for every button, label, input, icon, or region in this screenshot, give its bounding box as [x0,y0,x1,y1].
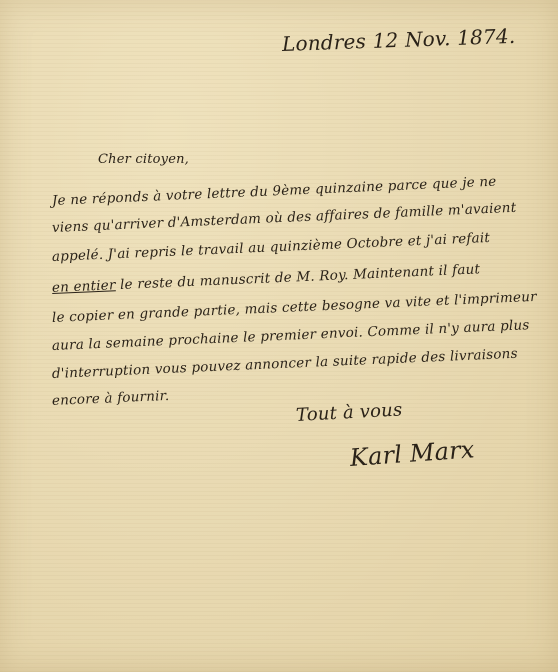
dateline: Londres 12 Nov. 1874. [282,24,516,56]
underlined-phrase: en entier [52,277,116,296]
letter-page: Londres 12 Nov. 1874. Cher citoyen, Je n… [0,0,558,672]
closing: Tout à vous [295,399,402,426]
signature: Karl Marx [349,435,475,472]
body-line: appelé. J'ai repris le travail au quinzi… [52,230,491,265]
body-line: encore à fournir. [52,388,170,409]
body-line: en entier le reste du manuscrit de M. Ro… [52,261,481,296]
salutation: Cher citoyen, [98,152,189,167]
body-line-rest: le reste du manuscrit de M. Roy. Mainten… [120,261,481,293]
body-line: d'interruption vous pouvez annoncer la s… [52,346,518,382]
